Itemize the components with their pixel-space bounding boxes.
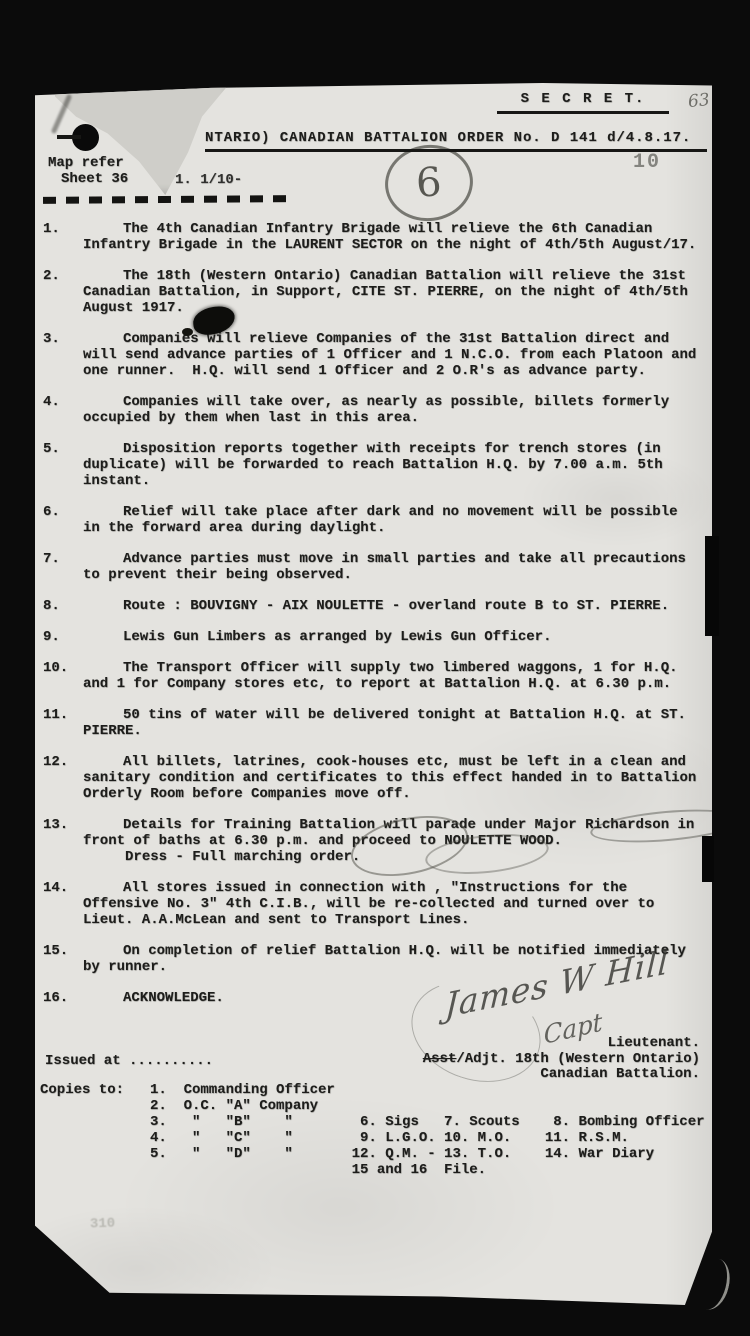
paragraph-text: Lewis Gun Limbers as arranged by Lewis G… bbox=[83, 629, 701, 645]
paragraph-number: 16. bbox=[43, 990, 68, 1006]
paragraph-text: Advance parties must move in small parti… bbox=[83, 551, 701, 583]
paragraph-number: 12. bbox=[43, 754, 68, 770]
signatory-unit: Canadian Battalion. bbox=[423, 1067, 700, 1083]
paragraph-text: The 4th Canadian Infantry Brigade will r… bbox=[83, 221, 701, 253]
paragraph-number: 14. bbox=[43, 880, 68, 896]
paragraph-number: 7. bbox=[43, 551, 60, 567]
paragraph-text: Route : BOUVIGNY - AIX NOULETTE - overla… bbox=[83, 598, 701, 614]
copies-line: 15 and 16 File. bbox=[150, 1162, 705, 1178]
order-paragraph: 1.The 4th Canadian Infantry Brigade will… bbox=[43, 221, 703, 253]
stamped-page-number: 10 bbox=[633, 155, 661, 171]
paragraph-number: 10. bbox=[43, 660, 68, 676]
role-text: /Adjt. 18th (Western Ontario) bbox=[456, 1051, 700, 1067]
scan-edge-artifact bbox=[702, 836, 714, 882]
ink-dash-mark bbox=[57, 135, 81, 139]
paragraph-number: 6. bbox=[43, 504, 60, 520]
paragraph-text: The Transport Officer will supply two li… bbox=[83, 660, 701, 692]
issued-at-line: Issued at .......... bbox=[45, 1053, 213, 1069]
signature-typed-block: Lieutenant. Asst/Adjt. 18th (Western Ont… bbox=[423, 1036, 700, 1083]
paragraph-text: Relief will take place after dark and no… bbox=[83, 504, 701, 536]
order-paragraph: 5.Disposition reports together with rece… bbox=[43, 441, 703, 489]
copies-line: 2. O.C. "A" Company bbox=[150, 1098, 705, 1114]
paper-sheet: S E C R E T. 63 NTARIO) CANADIAN BATTALI… bbox=[35, 83, 712, 1305]
paragraph-number: 8. bbox=[43, 598, 60, 614]
order-paragraph: 4.Companies will take over, as nearly as… bbox=[43, 394, 703, 426]
map-reference-sheet: Sheet 36 bbox=[61, 171, 128, 187]
map-reference-scale: 1. 1/10- bbox=[175, 172, 242, 188]
pencil-page-number: 63 bbox=[687, 92, 710, 110]
order-paragraph: 12.All billets, latrines, cook-houses et… bbox=[43, 754, 703, 802]
paragraph-number: 2. bbox=[43, 268, 60, 284]
order-paragraph: 10.The Transport Officer will supply two… bbox=[43, 660, 703, 692]
order-paragraph: 6.Relief will take place after dark and … bbox=[43, 504, 703, 536]
scan-edge-artifact bbox=[705, 536, 719, 636]
paragraph-text: The 18th (Western Ontario) Canadian Batt… bbox=[83, 268, 701, 316]
paragraph-number: 13. bbox=[43, 817, 68, 833]
paragraph-number: 11. bbox=[43, 707, 68, 723]
ghost-bleed-mark: 310 bbox=[90, 1216, 116, 1233]
order-title: NTARIO) CANADIAN BATTALION ORDER No. D 1… bbox=[205, 130, 707, 152]
copies-label: Copies to: bbox=[40, 1082, 124, 1098]
scan-background: { "header": { "classification": "S E C R… bbox=[0, 0, 750, 1336]
order-paragraph: 3.Companies will relieve Companies of th… bbox=[43, 331, 703, 379]
order-paragraph: 2.The 18th (Western Ontario) Canadian Ba… bbox=[43, 268, 703, 316]
signatory-role: Asst/Adjt. 18th (Western Ontario) bbox=[423, 1052, 700, 1068]
paragraph-number: 15. bbox=[43, 943, 68, 959]
signatory-rank: Lieutenant. bbox=[423, 1036, 700, 1052]
paragraph-number: 5. bbox=[43, 441, 60, 457]
paragraph-text: All stores issued in connection with , "… bbox=[83, 880, 701, 928]
order-paragraph: 8.Route : BOUVIGNY - AIX NOULETTE - over… bbox=[43, 598, 703, 614]
paragraph-text: Companies will relieve Companies of the … bbox=[83, 331, 701, 379]
order-paragraph: 14.All stores issued in connection with … bbox=[43, 880, 703, 928]
paragraph-number: 1. bbox=[43, 221, 60, 237]
paragraph-text: All billets, latrines, cook-houses etc, … bbox=[83, 754, 701, 802]
circled-number-value: 6 bbox=[416, 174, 442, 191]
paragraph-text: 50 tins of water will be delivered tonig… bbox=[83, 707, 701, 739]
order-paragraph: 9.Lewis Gun Limbers as arranged by Lewis… bbox=[43, 629, 703, 645]
copies-line: 1. Commanding Officer bbox=[150, 1082, 705, 1098]
paragraph-text: Companies will take over, as nearly as p… bbox=[83, 394, 701, 426]
dashed-divider-line bbox=[43, 195, 293, 204]
paragraph-number: 4. bbox=[43, 394, 60, 410]
order-paragraph: 7.Advance parties must move in small par… bbox=[43, 551, 703, 583]
paragraph-text: Disposition reports together with receip… bbox=[83, 441, 701, 489]
pencil-circled-number: 6 bbox=[381, 140, 478, 226]
paragraph-number: 9. bbox=[43, 629, 60, 645]
copies-line: 5. " "D" " 12. Q.M. - 13. T.O. 14. War D… bbox=[150, 1146, 705, 1162]
ink-blot-small bbox=[182, 328, 193, 336]
paragraph-number: 3. bbox=[43, 331, 60, 347]
map-reference-line: Map refer bbox=[48, 155, 124, 171]
order-paragraph-list: 1.The 4th Canadian Infantry Brigade will… bbox=[43, 221, 703, 1021]
copies-line: 4. " "C" " 9. L.G.O. 10. M.O. 11. R.S.M. bbox=[150, 1130, 705, 1146]
secret-heading: S E C R E T. bbox=[497, 91, 669, 114]
copies-list: 1. Commanding Officer 2. O.C. "A" Compan… bbox=[150, 1082, 705, 1178]
struck-role-text: Asst bbox=[423, 1051, 457, 1067]
order-paragraph: 11.50 tins of water will be delivered to… bbox=[43, 707, 703, 739]
copies-line: 3. " "B" " 6. Sigs 7. Scouts 8. Bombing … bbox=[150, 1114, 705, 1130]
